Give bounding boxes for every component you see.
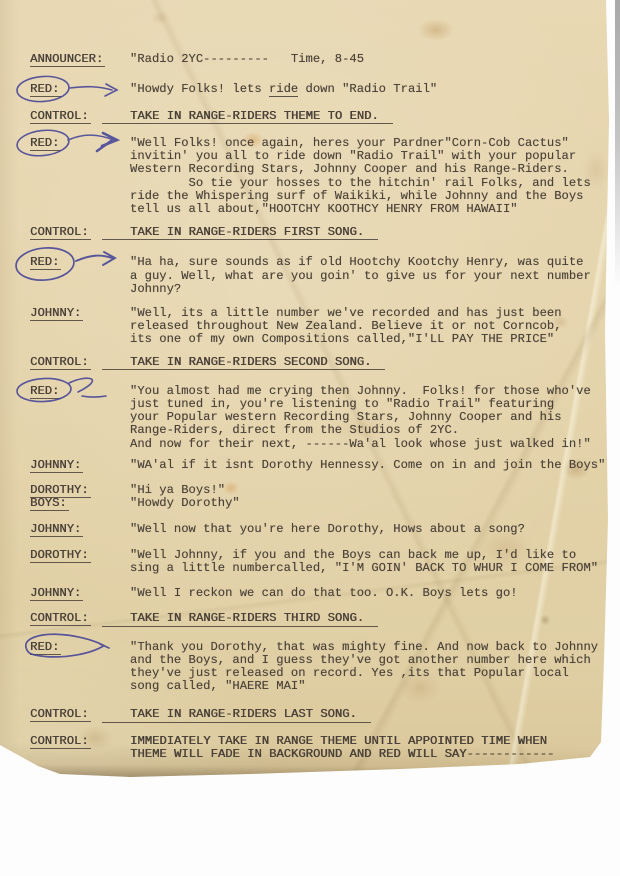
speaker-cell: RED:: [30, 83, 130, 96]
control-cue-text: TAKE IN RANGE-RIDERS LAST SONG.: [130, 708, 595, 722]
dialogue-text: "Well, its a little number we've recorde…: [130, 307, 595, 347]
speaker-label: RED:: [30, 82, 61, 97]
scanner-edge-strip: [615, 0, 620, 320]
script-line: TAKE IN RANGE-RIDERS LAST SONG.: [130, 708, 595, 722]
speaker-cell: RED:: [30, 137, 130, 216]
dialogue-text: "Well Folks! once again, heres your Pard…: [130, 137, 595, 216]
speaker-label: JOHNNY:: [30, 458, 83, 473]
speaker-label: JOHNNY:: [30, 586, 83, 601]
speaker-label: RED:: [30, 255, 61, 270]
speaker-label: RED:: [30, 136, 61, 151]
control-cue-text: TAKE IN RANGE-RIDERS SECOND SONG.: [130, 356, 595, 370]
script-line: song called, "HAERE MAI": [130, 680, 598, 693]
script-line: "Howdy Dorothy": [130, 497, 595, 510]
speaker-label: JOHNNY:: [30, 306, 83, 321]
speaker-cell: RED:: [30, 256, 130, 296]
script-block: RED:"Howdy Folks! lets ride down "Radio …: [30, 83, 595, 96]
script-line: "Radio 2YC--------- Time, 8-45: [130, 53, 595, 66]
speaker-label: CONTROL:: [30, 611, 91, 626]
control-cue-text: TAKE IN RANGE-RIDERS THEME TO END.: [130, 110, 595, 124]
speaker-cell: BOYS:: [30, 497, 130, 510]
script-block: JOHNNY:"WA'al if it isnt Dorothy Henness…: [30, 459, 595, 472]
script-line: a guy. Well, what are you goin' to give …: [130, 270, 595, 283]
control-cue-text: TAKE IN RANGE-RIDERS FIRST SONG.: [130, 226, 595, 240]
dialogue-text: "Radio 2YC--------- Time, 8-45: [130, 53, 595, 66]
dialogue-text: "Howdy Folks! lets ride down "Radio Trai…: [130, 83, 595, 96]
speaker-cell: ANNOUNCER:: [30, 53, 130, 66]
script-block: CONTROL:TAKE IN RANGE-RIDERS FIRST SONG.: [30, 226, 595, 240]
dialogue-text: "WA'al if it isnt Dorothy Hennessy. Come…: [130, 459, 605, 472]
speaker-cell: RED:: [30, 641, 130, 694]
script-line: TAKE IN RANGE-RIDERS FIRST SONG.: [130, 226, 595, 240]
speaker-label: RED:: [30, 640, 61, 655]
script-block: RED:"Well Folks! once again, heres your …: [30, 137, 595, 216]
speaker-cell: JOHNNY:: [30, 307, 130, 347]
script-block: JOHNNY:"Well now that you're here Doroth…: [30, 523, 595, 536]
speaker-cell: DOROTHY:: [30, 549, 130, 575]
speaker-label: CONTROL:: [30, 225, 91, 240]
dialogue-text: "Howdy Dorothy": [130, 497, 595, 510]
dialogue-text: "Thank you Dorothy, that was mighty fine…: [130, 641, 598, 694]
script-block: CONTROL:TAKE IN RANGE-RIDERS THEME TO EN…: [30, 110, 595, 124]
dialogue-text: "You almost had me crying then Johnny. F…: [130, 385, 595, 451]
speaker-label: RED:: [30, 384, 61, 399]
script-line: THEME WILL FADE IN BACKGROUND AND RED WI…: [130, 748, 595, 761]
dialogue-text: "Well Johnny, if you and the Boys can ba…: [130, 549, 598, 575]
dialogue-text: "Well now that you're here Dorothy, Hows…: [130, 523, 595, 536]
speaker-label: CONTROL:: [30, 734, 91, 749]
speaker-label: BOYS:: [30, 496, 69, 511]
dialogue-text: "Well I reckon we can do that too. O.K. …: [130, 587, 595, 600]
script-blocks: ANNOUNCER:"Radio 2YC--------- Time, 8-45…: [30, 53, 595, 761]
script-block: CONTROL:TAKE IN RANGE-RIDERS LAST SONG.: [30, 708, 595, 722]
script-block: RED:"You almost had me crying then Johnn…: [30, 385, 595, 451]
script-line: Johnny?: [130, 283, 595, 296]
speaker-cell: JOHNNY:: [30, 459, 130, 472]
document-page: ANNOUNCER:"Radio 2YC--------- Time, 8-45…: [0, 0, 620, 876]
script-line: "Well now that you're here Dorothy, Hows…: [130, 523, 595, 536]
dialogue-text: "Ha ha, sure sounds as if old Hootchy Ko…: [130, 256, 595, 296]
script-line: TAKE IN RANGE-RIDERS THIRD SONG.: [130, 612, 595, 626]
script-block: CONTROL:TAKE IN RANGE-RIDERS SECOND SONG…: [30, 356, 595, 370]
script-line: "Howdy Folks! lets ride down "Radio Trai…: [130, 83, 595, 96]
script-line: tell us all about,"HOOTCHY KOOTHCY HENRY…: [130, 203, 595, 216]
speaker-label: CONTROL:: [30, 707, 91, 722]
script-line: TAKE IN RANGE-RIDERS SECOND SONG.: [130, 356, 595, 370]
speaker-cell: RED:: [30, 385, 130, 451]
script-block: BOYS:"Howdy Dorothy": [30, 497, 595, 510]
scanned-page-background: ANNOUNCER:"Radio 2YC--------- Time, 8-45…: [0, 0, 620, 876]
script-block: JOHNNY:"Well I reckon we can do that too…: [30, 587, 595, 600]
script-block: CONTROL:IMMEDIATELY TAKE IN RANGE THEME …: [30, 735, 595, 761]
script-block: DOROTHY:"Well Johnny, if you and the Boy…: [30, 549, 595, 575]
control-cue-text: IMMEDIATELY TAKE IN RANGE THEME UNTIL AP…: [130, 735, 595, 761]
script-line: And now for their next, ------Wa'al look…: [130, 438, 595, 451]
script-block: CONTROL:TAKE IN RANGE-RIDERS THIRD SONG.: [30, 612, 595, 626]
script-block: ANNOUNCER:"Radio 2YC--------- Time, 8-45: [30, 53, 595, 66]
script-line: sing a little numbercalled, "I'M GOIN' B…: [130, 562, 598, 575]
speaker-label: CONTROL:: [30, 109, 91, 124]
speaker-cell: JOHNNY:: [30, 587, 130, 600]
script-line: its one of my own Compositions called,"I…: [130, 333, 595, 346]
script-block: RED:"Ha ha, sure sounds as if old Hootch…: [30, 256, 595, 296]
speaker-cell: JOHNNY:: [30, 523, 130, 536]
speaker-label: JOHNNY:: [30, 522, 83, 537]
script-block: JOHNNY:"Well, its a little number we've …: [30, 307, 595, 347]
radio-script-document: ANNOUNCER:"Radio 2YC--------- Time, 8-45…: [30, 27, 595, 787]
control-cue-text: TAKE IN RANGE-RIDERS THIRD SONG.: [130, 612, 595, 626]
script-block: DOROTHY:"Hi ya Boys!": [30, 484, 595, 497]
script-line: TAKE IN RANGE-RIDERS THEME TO END.: [130, 110, 595, 124]
speaker-label: CONTROL:: [30, 355, 91, 370]
script-block: RED:"Thank you Dorothy, that was mighty …: [30, 641, 595, 694]
speaker-label: DOROTHY:: [30, 548, 91, 563]
script-line: "Well I reckon we can do that too. O.K. …: [130, 587, 595, 600]
speaker-label: ANNOUNCER:: [30, 52, 105, 67]
script-line: "WA'al if it isnt Dorothy Hennessy. Come…: [130, 459, 605, 472]
speaker-cell: CONTROL:: [30, 735, 130, 761]
